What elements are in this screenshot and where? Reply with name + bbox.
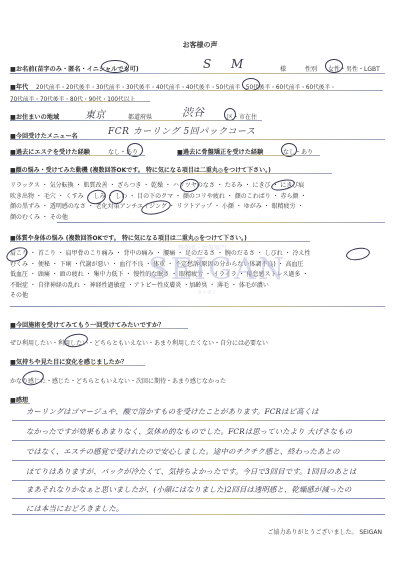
impressions-line-3: ではなく、エステの感覚で受けれたので安心しました。途中のチクチク感と、終わったあ… <box>26 446 340 457</box>
gender-selected-circle <box>325 59 343 73</box>
revisit-options[interactable]: ぜひ利用したい・利用したい・どちらともいえない・あまり利用したくない・自分には必… <box>10 338 268 347</box>
watermark-subtitle: 整顔肌・骨盤専門 <box>178 243 226 252</box>
initial-circle-mark <box>101 60 129 73</box>
gender-label: 性別 <box>305 64 317 73</box>
change-underline <box>10 365 145 366</box>
watermark-logo: SEIGAN <box>148 252 286 287</box>
form-title: お客様の声 <box>0 40 400 50</box>
impressions-line-1: カーリングはゴマージュや、酸で溶かすものを受けたことがあります。FCRはピ高くは <box>26 406 319 417</box>
city-value[interactable]: 渋谷 <box>182 104 204 120</box>
impressions-line-6: には本当におどろきました。 <box>26 503 123 514</box>
menu-value[interactable]: FCR カーリング 5回パックコース <box>108 124 256 137</box>
cold-sensitivity-circle <box>345 246 371 262</box>
body-concerns-underline <box>10 241 310 242</box>
watermark-kana: セイガン <box>197 289 217 296</box>
revisit-underline <box>10 328 188 329</box>
face-concerns-line-1[interactable]: リラックス ・ 気分転換 ・ 肌質改善 ・ ざらつき ・ 乾燥 ・ ハリツヤのな… <box>10 181 306 192</box>
impressions-rule-4 <box>12 480 385 481</box>
face-other-underline <box>57 222 385 223</box>
impressions-rule-2 <box>12 440 385 441</box>
impressions-rule-6 <box>12 514 385 515</box>
impressions-rule-5 <box>12 498 385 499</box>
impressions-label-underline <box>10 403 30 404</box>
name-value[interactable]: S M <box>203 57 251 71</box>
esthe-underline <box>10 155 145 156</box>
menu-underline <box>10 139 385 140</box>
prefecture-value[interactable]: 東京 <box>85 106 105 121</box>
body-concerns-line-5[interactable]: その他 <box>10 291 311 302</box>
region-underline <box>10 120 262 121</box>
face-concerns-underline <box>10 173 332 174</box>
name-underline <box>10 73 385 74</box>
impressions-rule-1 <box>12 420 385 421</box>
impressions-line-2: なかったですが効果もあまりなく、気休め的なものでした。FCRは思っていたより 大… <box>26 426 352 437</box>
chiro-underline <box>177 155 320 156</box>
age-underline-2 <box>10 101 150 102</box>
body-other-underline <box>10 306 385 307</box>
impressions-line-4: ほてりはありますが、パックが冷たくて、気持ちよかったです。今日で3回目です。1回… <box>26 466 356 477</box>
name-suffix: 様 <box>280 64 286 73</box>
impressions-line-5: まあそれなりかなぁと思いましたが、(小顔にはなりました)2回目は透明感と、乾燥感… <box>26 484 351 495</box>
age-underline-1 <box>10 90 383 91</box>
footer-thanks: ご協力ありがとうございました。 SEIGAN <box>267 527 382 536</box>
impressions-rule-3 <box>12 460 385 461</box>
